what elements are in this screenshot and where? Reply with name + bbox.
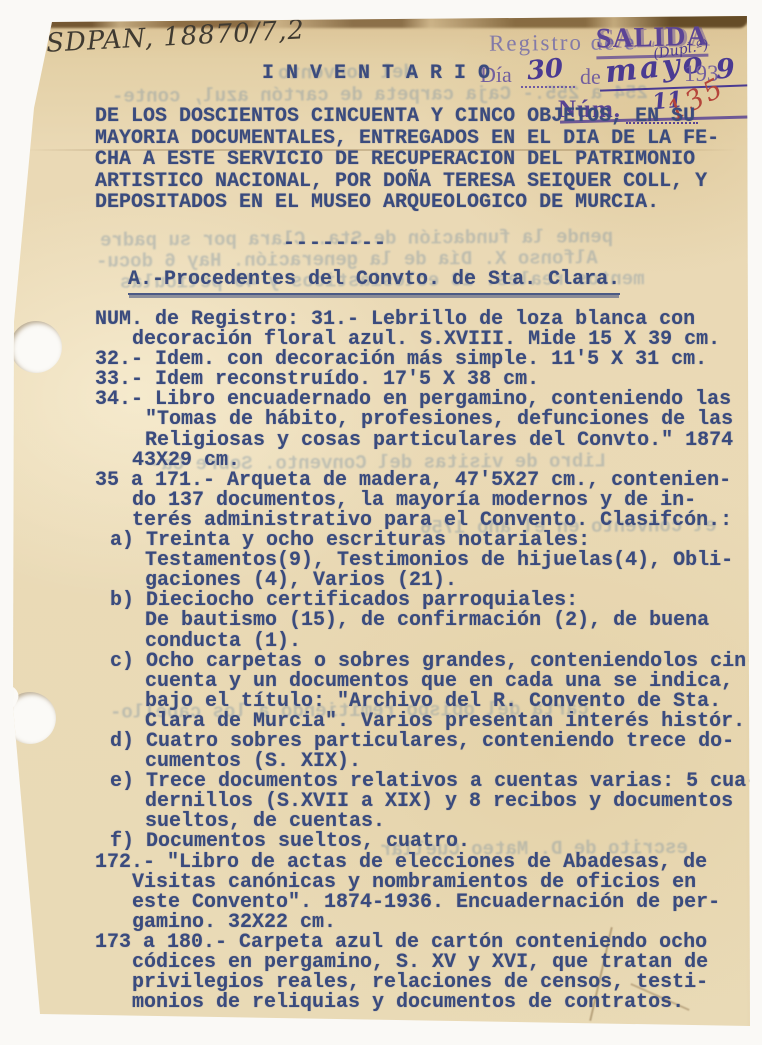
de-stamp-label: de [580,64,601,90]
typed-line: bajo el título: "Archivo del R. Convento… [145,692,758,712]
document-title: I N V E N T A R I O [262,62,490,85]
typed-line: c) Ocho carpetas o sobres grandes, conte… [110,652,758,672]
typed-line: f) Documentos sueltos, cuatro. [110,832,758,852]
typed-line: Clara de Murcia". Varios presentan inter… [145,712,758,732]
intro-paragraph: DE LOS DOSCIENTOS CINCUENTA Y CINCO OBJE… [95,106,719,214]
day-underline [521,86,575,88]
typed-line: 173 a 180.- Carpeta azul de cartón conte… [95,933,758,953]
paper: del Convento254 a 255.- Caja carpeta de … [0,0,762,1045]
typed-line: "Tomas de hábito, profesiones, defuncion… [145,410,758,430]
typed-line: conducta (1). [145,632,758,652]
handwritten-day: 30 [526,53,565,86]
typed-line: 35 a 171.- Arqueta de madera, 47'5X27 cm… [95,471,758,491]
typed-line: CHA A ESTE SERVICIO DE RECUPERACION DEL … [95,149,719,171]
typed-line: 43X29 cm. [132,451,758,471]
typed-line: monios de reliquias y documentos de cont… [132,993,758,1013]
typed-line: 172.- "Libro de actas de elecciones de A… [95,853,758,873]
inventory-list: NUM. de Registro: 31.- Lebrillo de loza … [95,310,758,1013]
separator-dashes: -------- [283,232,387,255]
typed-line: este Convento". 1874-1936. Encuadernació… [132,893,758,913]
scanned-document: del Convento254 a 255.- Caja carpeta de … [0,0,762,1045]
typed-line: Religiosas y cosas particulares del Conv… [145,431,758,451]
typed-line: Visitas canónicas y nombramientos de ofi… [132,873,758,893]
typed-line: ARTISTICO NACIONAL, POR DOÑA TERESA SEIQ… [95,171,719,193]
punch-hole-top [10,321,62,373]
section-heading: A.-Procedentes del Convto. de Sta. Clara… [128,268,620,295]
typed-line: do 137 documentos, la mayoría modernos y… [132,491,758,511]
typed-line: gamino. 32X22 cm. [132,913,758,933]
typed-line: De bautismo (15), de confirmación (2), d… [145,611,758,631]
typed-line: DE LOS DOSCIENTOS CINCUENTA Y CINCO OBJE… [95,106,719,128]
typed-line: MAYORIA DOCUMENTALES, ENTREGADOS EN EL D… [95,128,719,150]
punch-hole-bottom [4,692,56,744]
typed-line: cuenta y un documentos que en cada una s… [145,672,758,692]
typed-line: DEPOSITADOS EN EL MUSEO ARQUEOLOGICO DE … [95,192,719,214]
